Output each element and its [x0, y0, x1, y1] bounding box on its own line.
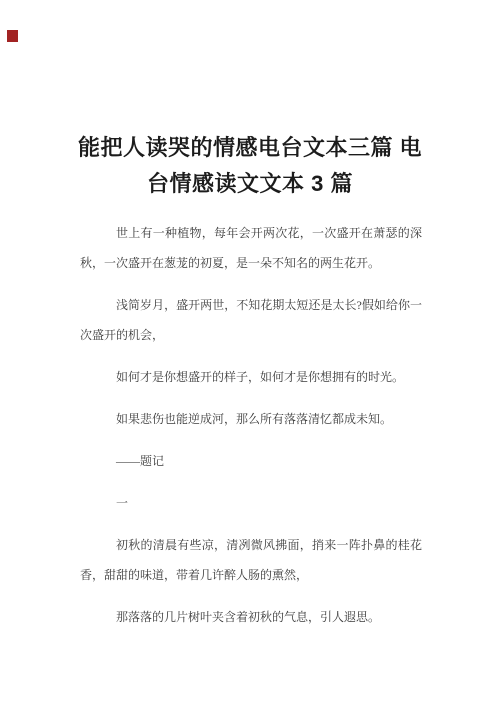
document-body: 世上有一种植物，每年会开两次花，一次盛开在萧瑟的深秋，一次盛开在葱茏的初夏，是一…: [80, 218, 422, 632]
red-corner-marker: [7, 30, 18, 42]
paragraph: 那落落的几片树叶夹含着初秋的气息，引人遐思。: [80, 602, 422, 632]
paragraph: 初秋的清晨有些凉，清冽微风拂面，捎来一阵扑鼻的桂花香，甜甜的味道，带着几许醉人肠…: [80, 530, 422, 590]
paragraph: 世上有一种植物，每年会开两次花，一次盛开在萧瑟的深秋，一次盛开在葱茏的初夏，是一…: [80, 218, 422, 278]
paragraph: 一: [80, 488, 422, 518]
paragraph: 浅简岁月，盛开两世，不知花期太短还是太长?假如给你一次盛开的机会，: [80, 290, 422, 350]
paragraph: 如果悲伤也能逆成河，那么所有落落清忆都成未知。: [80, 404, 422, 434]
document-title: 能把人读哭的情感电台文本三篇 电台情感读文文本 3 篇: [72, 0, 428, 202]
document-page: 能把人读哭的情感电台文本三篇 电台情感读文文本 3 篇 世上有一种植物，每年会开…: [0, 0, 500, 708]
paragraph: ——题记: [80, 446, 422, 476]
paragraph: 如何才是你想盛开的样子，如何才是你想拥有的时光。: [80, 362, 422, 392]
